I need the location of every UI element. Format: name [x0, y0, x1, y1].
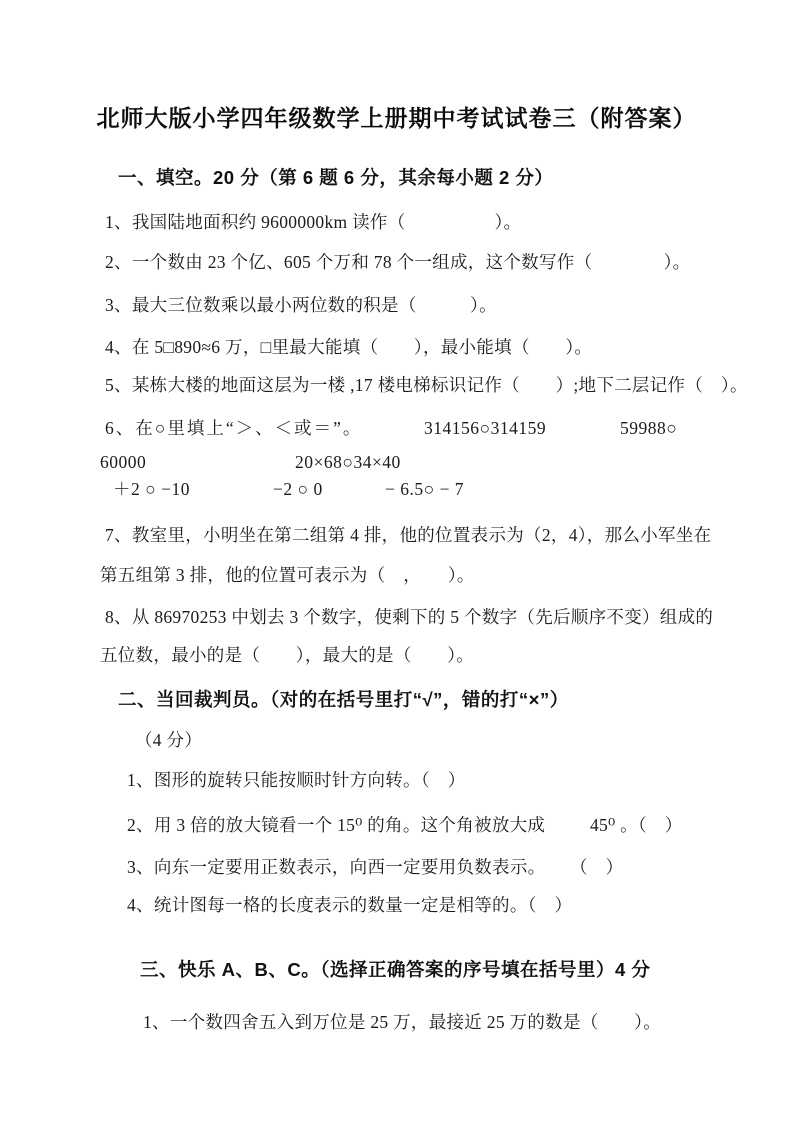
- s2-score-note: （4 分）: [135, 727, 202, 753]
- s1-question-4: 4、在 5□890≈6 万，□里最大能填（ ），最小能填（ ）。: [105, 334, 592, 360]
- s2-question-4: 4、统计图每一格的长度表示的数量一定是相等的。（ ）: [127, 892, 572, 918]
- section-two-heading: 二、当回裁判员。（对的在括号里打“√”，错的打“×”）: [118, 687, 569, 713]
- s1-question-5: 5、某栋大楼的地面这层为一楼 ,17 楼电梯标识记作（ ）;地下二层记作（ ）。: [105, 372, 748, 398]
- s1-question-6-line3: ＋2 ○ −10 −2 ○ 0 − 6.5○ − 7: [0, 476, 793, 502]
- s1-question-7-line2: 第五组第 3 排，他的位置可表示为（ ， ）。: [100, 562, 475, 588]
- s1-q6-compare-4: ＋2 ○ −10: [113, 476, 190, 502]
- s1-question-6-line1: 6、在○里填上“＞、＜或＝”。 314156○314159 59988○: [0, 415, 793, 441]
- document-title: 北师大版小学四年级数学上册期中考试试卷三（附答案）: [0, 102, 793, 134]
- s2-question-3: 3、向东一定要用正数表示，向西一定要用负数表示。 （ ）: [0, 854, 793, 880]
- s1-q6-compare-1: 314156○314159: [424, 415, 546, 441]
- document-page: 北师大版小学四年级数学上册期中考试试卷三（附答案） 一、填空。20 分（第 6 …: [0, 0, 793, 1122]
- s2-question-1: 1、图形的旋转只能按顺时针方向转。（ ）: [127, 767, 466, 793]
- s2-q2-text: 2、用 3 倍的放大镜看一个 15⁰ 的角。这个角被放大成: [127, 812, 545, 838]
- s2-q3-answer-blank: （ ）: [570, 854, 623, 880]
- s2-question-2: 2、用 3 倍的放大镜看一个 15⁰ 的角。这个角被放大成 45⁰ 。（ ）: [0, 812, 793, 838]
- s1-q6-compare-6: − 6.5○ − 7: [385, 476, 464, 502]
- s1-question-3: 3、最大三位数乘以最小两位数的积是（ ）。: [105, 292, 497, 318]
- s1-q6-compare-3: 20×68○34×40: [295, 449, 401, 475]
- s1-question-7-line1: 7、教室里，小明坐在第二组第 4 排，他的位置表示为（2，4），那么小军坐在: [105, 522, 711, 548]
- s1-q6-compare-2b: 60000: [100, 449, 146, 475]
- s1-q6-compare-2a: 59988○: [620, 415, 677, 441]
- s1-question-8-line1: 8、从 86970253 中划去 3 个数字，使剩下的 5 个数字（先后顺序不变…: [105, 604, 713, 630]
- section-three-heading: 三、快乐 A、B、C。（选择正确答案的序号填在括号里）4 分: [140, 957, 650, 983]
- s1-question-2: 2、一个数由 23 个亿、605 个万和 78 个一组成，这个数写作（ ）。: [105, 249, 690, 275]
- s2-q2-answer-blank: 45⁰ 。（ ）: [590, 812, 683, 838]
- s1-q6-intro: 6、在○里填上“＞、＜或＝”。: [105, 415, 362, 441]
- s1-question-8-line2: 五位数，最小的是（ ），最大的是（ ）。: [100, 642, 474, 668]
- section-one-heading: 一、填空。20 分（第 6 题 6 分，其余每小题 2 分）: [118, 165, 553, 191]
- s3-question-1: 1、一个数四舍五入到万位是 25 万，最接近 25 万的数是（ ）。: [143, 1009, 661, 1035]
- s2-q3-text: 3、向东一定要用正数表示，向西一定要用负数表示。: [127, 854, 545, 880]
- s1-q6-compare-5: −2 ○ 0: [273, 476, 323, 502]
- s1-question-1: 1、我国陆地面积约 9600000km 读作（ ）。: [105, 209, 521, 235]
- s1-question-6-line2: 60000 20×68○34×40: [0, 449, 793, 475]
